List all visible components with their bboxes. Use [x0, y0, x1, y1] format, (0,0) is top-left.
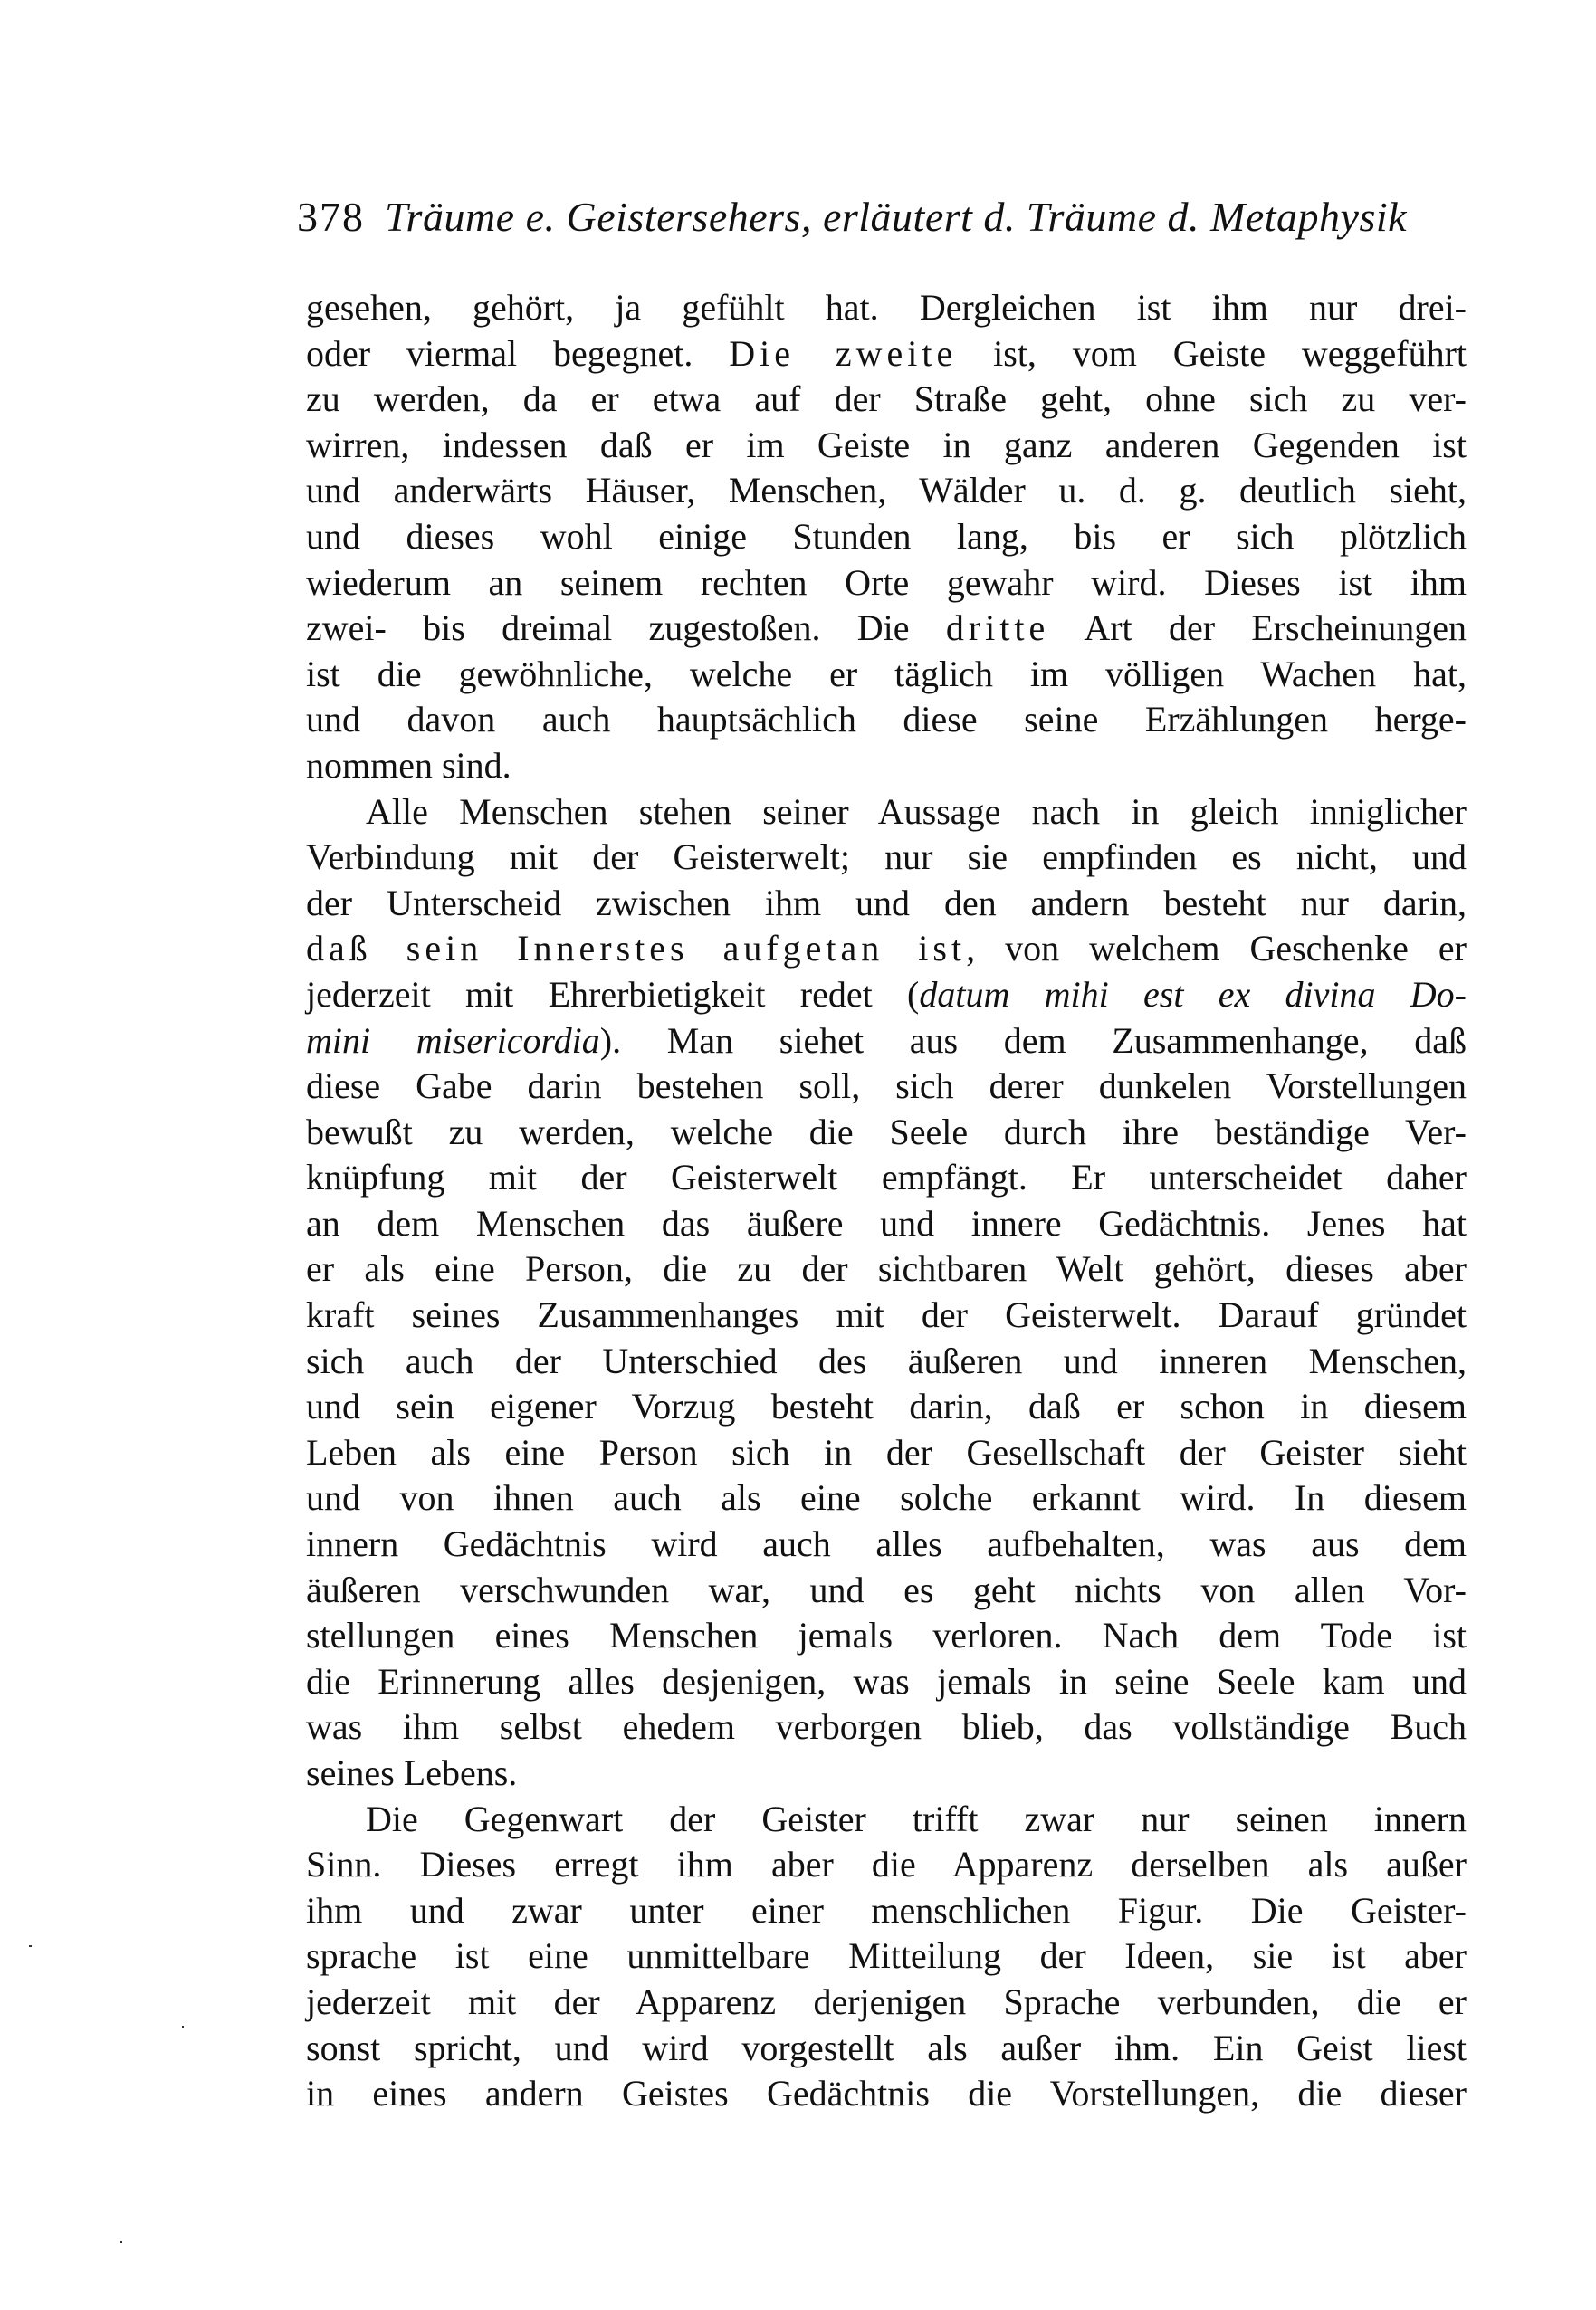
latin-quote: mini misericordia [306, 1020, 600, 1061]
text-line: mini misericordia). Man siehet aus dem Z… [306, 1018, 1467, 1064]
text-line: und von ihnen auch als eine solche erkan… [306, 1475, 1467, 1522]
line-text: an dem Menschen das äußere und innere Ge… [306, 1203, 1467, 1244]
line-text-continued: Art der Erscheinungen [1049, 607, 1467, 648]
text-line: und dieses wohl einige Stunden lang, bis… [306, 514, 1467, 560]
text-line: diese Gabe darin bestehen soll, sich der… [306, 1064, 1467, 1110]
book-page: 378Träume e. Geistersehers, erläutert d.… [0, 0, 1596, 2310]
line-text: sich auch der Unterschied des äußeren un… [306, 1341, 1467, 1381]
line-text: ihm und zwar unter einer menschlichen Fi… [306, 1890, 1467, 1931]
emphasized-text: Die zweite [729, 333, 957, 374]
text-line: bewußt zu werden, welche die Seele durch… [306, 1110, 1467, 1156]
line-text: innern Gedächtnis wird auch alles aufbeh… [306, 1523, 1467, 1564]
text-line: und anderwärts Häuser, Menschen, Wälder … [306, 468, 1467, 514]
text-line: Verbindung mit der Geisterwelt; nur sie … [306, 835, 1467, 881]
text-line: Die Gegenwart der Geister trifft zwar nu… [306, 1797, 1467, 1843]
body-text: gesehen, gehört, ja gefühlt hat. Derglei… [306, 285, 1467, 2117]
text-line: äußeren verschwunden war, und es geht ni… [306, 1568, 1467, 1614]
emphasized-text: dritte [946, 607, 1049, 648]
scan-speck [29, 1945, 32, 1947]
text-line: sich auch der Unterschied des äußeren un… [306, 1339, 1467, 1385]
line-text-continued: ist, vom Geiste weggeführt [957, 333, 1467, 374]
running-head: 378Träume e. Geistersehers, erläutert d.… [297, 186, 1474, 249]
line-text: und anderwärts Häuser, Menschen, Wälder … [306, 470, 1467, 511]
line-text: seines Lebens. [306, 1752, 517, 1793]
line-text: und sein eigener Vorzug besteht darin, d… [306, 1386, 1467, 1427]
line-text: sprache ist eine unmittelbare Mitteilung… [306, 1935, 1467, 1976]
line-text: Die Gegenwart der Geister trifft zwar nu… [366, 1799, 1467, 1839]
text-line: zwei- bis dreimal zugestoßen. Die dritte… [306, 606, 1467, 652]
line-text: jederzeit mit der Apparenz derjenigen Sp… [306, 1981, 1467, 2022]
line-text: ist die gewöhnliche, welche er täglich i… [306, 654, 1467, 694]
text-line: was ihm selbst ehedem verborgen blieb, d… [306, 1704, 1467, 1751]
line-text: diese Gabe darin bestehen soll, sich der… [306, 1065, 1467, 1106]
text-line: stellungen eines Menschen jemals verlore… [306, 1613, 1467, 1659]
text-line: an dem Menschen das äußere und innere Ge… [306, 1201, 1467, 1247]
line-text: oder viermal begegnet. [306, 333, 729, 374]
text-line: ihm und zwar unter einer menschlichen Fi… [306, 1888, 1467, 1934]
line-text: die Erinnerung alles desjenigen, was jem… [306, 1661, 1467, 1702]
text-line: ist die gewöhnliche, welche er täglich i… [306, 652, 1467, 698]
line-text-continued: ). Man siehet aus dem Zusammenhange, daß [600, 1020, 1467, 1061]
text-line: wiederum an seinem rechten Orte gewahr w… [306, 560, 1467, 606]
text-line: seines Lebens. [306, 1751, 1467, 1797]
text-line: und davon auch hauptsächlich diese seine… [306, 697, 1467, 743]
text-line: gesehen, gehört, ja gefühlt hat. Derglei… [306, 285, 1467, 331]
line-text: was ihm selbst ehedem verborgen blieb, d… [306, 1706, 1467, 1747]
text-line: oder viermal begegnet. Die zweite ist, v… [306, 331, 1467, 377]
line-text: Leben als eine Person sich in der Gesell… [306, 1432, 1467, 1473]
line-text: wiederum an seinem rechten Orte gewahr w… [306, 562, 1467, 603]
text-line: knüpfung mit der Geisterwelt empfängt. E… [306, 1155, 1467, 1201]
text-line: jederzeit mit Ehrerbietigkeit redet (dat… [306, 972, 1467, 1018]
line-text: äußeren verschwunden war, und es geht ni… [306, 1570, 1467, 1610]
line-text: nommen sind. [306, 745, 511, 786]
text-line: er als eine Person, die zu der sichtbare… [306, 1246, 1467, 1293]
line-text-continued: , von welchem Geschenke er [966, 928, 1467, 969]
text-line: zu werden, da er etwa auf der Straße geh… [306, 377, 1467, 423]
scan-speck [120, 2241, 122, 2243]
line-text: der Unterscheid zwischen ihm und den and… [306, 883, 1467, 923]
text-line: Sinn. Dieses erregt ihm aber die Apparen… [306, 1842, 1467, 1888]
text-line: innern Gedächtnis wird auch alles aufbeh… [306, 1522, 1467, 1568]
line-text: stellungen eines Menschen jemals verlore… [306, 1615, 1467, 1656]
page-number: 378 [297, 194, 365, 240]
latin-quote: datum mihi est ex divina Do- [919, 974, 1467, 1015]
line-text: jederzeit mit Ehrerbietigkeit redet ( [306, 974, 919, 1015]
line-text: Verbindung mit der Geisterwelt; nur sie … [306, 836, 1467, 877]
text-line: kraft seines Zusammenhanges mit der Geis… [306, 1293, 1467, 1339]
line-text: und dieses wohl einige Stunden lang, bis… [306, 516, 1467, 557]
text-line: nommen sind. [306, 743, 1467, 789]
line-text: bewußt zu werden, welche die Seele durch… [306, 1112, 1467, 1152]
text-line: wirren, indessen daß er im Geiste in gan… [306, 423, 1467, 469]
text-line: sonst spricht, und wird vorgestellt als … [306, 2026, 1467, 2072]
line-text: zwei- bis dreimal zugestoßen. Die [306, 607, 946, 648]
line-text: sonst spricht, und wird vorgestellt als … [306, 2028, 1467, 2068]
line-text: kraft seines Zusammenhanges mit der Geis… [306, 1294, 1467, 1335]
text-line: in eines andern Geistes Gedächtnis die V… [306, 2071, 1467, 2117]
text-line: der Unterscheid zwischen ihm und den and… [306, 881, 1467, 927]
line-text: wirren, indessen daß er im Geiste in gan… [306, 425, 1467, 465]
line-text: zu werden, da er etwa auf der Straße geh… [306, 378, 1467, 419]
text-line: und sein eigener Vorzug besteht darin, d… [306, 1384, 1467, 1430]
text-line: Alle Menschen stehen seiner Aussage nach… [306, 789, 1467, 835]
text-line: sprache ist eine unmittelbare Mitteilung… [306, 1933, 1467, 1980]
line-text: gesehen, gehört, ja gefühlt hat. Derglei… [306, 287, 1467, 328]
text-line: Leben als eine Person sich in der Gesell… [306, 1430, 1467, 1476]
text-line: die Erinnerung alles desjenigen, was jem… [306, 1659, 1467, 1705]
line-text: knüpfung mit der Geisterwelt empfängt. E… [306, 1157, 1467, 1198]
running-head-title: Träume e. Geistersehers, erläutert d. Tr… [385, 194, 1407, 240]
line-text: Alle Menschen stehen seiner Aussage nach… [366, 791, 1467, 832]
line-text: und von ihnen auch als eine solche erkan… [306, 1477, 1467, 1518]
emphasized-text: daß sein Innerstes aufgetan ist [306, 928, 966, 969]
text-line: jederzeit mit der Apparenz derjenigen Sp… [306, 1980, 1467, 2026]
scan-speck [182, 2026, 184, 2028]
text-line: daß sein Innerstes aufgetan ist, von wel… [306, 926, 1467, 972]
line-text: Sinn. Dieses erregt ihm aber die Apparen… [306, 1844, 1467, 1885]
line-text: und davon auch hauptsächlich diese seine… [306, 699, 1467, 740]
line-text: in eines andern Geistes Gedächtnis die V… [306, 2073, 1467, 2114]
line-text: er als eine Person, die zu der sichtbare… [306, 1248, 1467, 1289]
